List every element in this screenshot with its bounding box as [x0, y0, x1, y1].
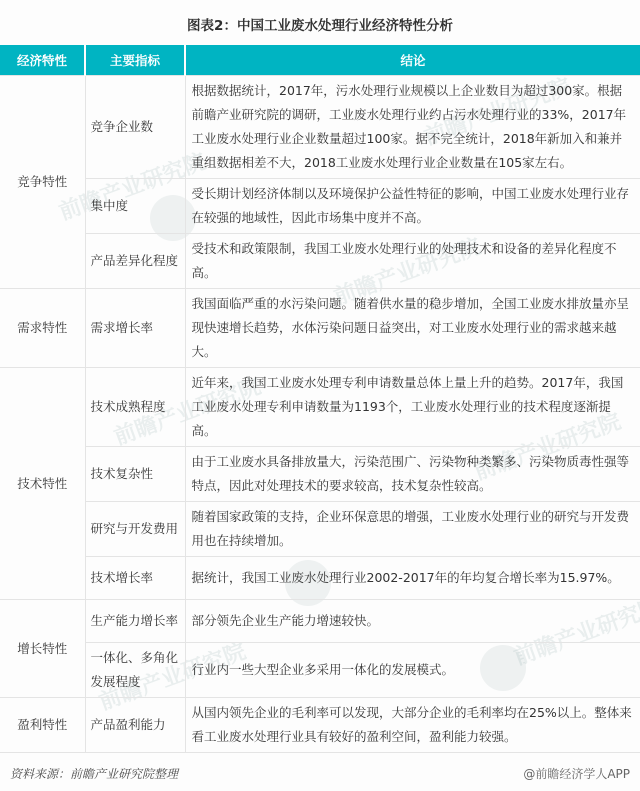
category-cell: 技术特性	[0, 368, 85, 600]
indicator-cell: 一体化、多角化发展程度	[85, 643, 185, 698]
conclusion-cell: 部分领先企业生产能力增速较快。	[185, 600, 640, 643]
conclusion-cell: 由于工业废水具备排放量大，污染范围广、污染物种类繁多、污染物质毒性强等特点，因此…	[185, 447, 640, 502]
indicator-cell: 产品盈利能力	[85, 698, 185, 753]
indicator-cell: 产品差异化程度	[85, 234, 185, 289]
conclusion-cell: 我国面临严重的水污染问题。随着供水量的稳步增加，全国工业废水排放量亦呈现快速增长…	[185, 289, 640, 368]
indicator-cell: 集中度	[85, 179, 185, 234]
conclusion-cell: 随着国家政策的支持，企业环保意思的增强，工业废水处理行业的研究与开发费用也在持续…	[185, 502, 640, 557]
table-row: 增长特性 生产能力增长率 部分领先企业生产能力增速较快。	[0, 600, 640, 643]
table-row: 竞争特性 竞争企业数 根据数据统计，2017年，污水处理行业规模以上企业数目为超…	[0, 76, 640, 179]
table-row: 产品差异化程度 受技术和政策限制，我国工业废水处理行业的处理技术和设备的差异化程…	[0, 234, 640, 289]
category-cell: 增长特性	[0, 600, 85, 698]
source-note: 资料来源：前瞻产业研究院整理	[10, 765, 178, 782]
category-cell: 盈利特性	[0, 698, 85, 753]
conclusion-cell: 受长期计划经济体制以及环境保护公益性特征的影响，中国工业废水处理行业存在较强的地…	[185, 179, 640, 234]
conclusion-cell: 受技术和政策限制，我国工业废水处理行业的处理技术和设备的差异化程度不高。	[185, 234, 640, 289]
conclusion-cell: 近年来，我国工业废水处理专利申请数量总体上量上升的趋势。2017年，我国工业废水…	[185, 368, 640, 447]
table-row: 集中度 受长期计划经济体制以及环境保护公益性特征的影响，中国工业废水处理行业存在…	[0, 179, 640, 234]
table-row: 技术增长率 据统计，我国工业废水处理行业2002-2017年的年均复合增长率为1…	[0, 557, 640, 600]
table-row: 研究与开发费用 随着国家政策的支持，企业环保意思的增强，工业废水处理行业的研究与…	[0, 502, 640, 557]
column-header-category: 经济特性	[0, 45, 85, 76]
table-row: 技术复杂性 由于工业废水具备排放量大，污染范围广、污染物种类繁多、污染物质毒性强…	[0, 447, 640, 502]
table-row: 盈利特性 产品盈利能力 从国内领先企业的毛利率可以发现，大部分企业的毛利率均在2…	[0, 698, 640, 753]
category-cell: 需求特性	[0, 289, 85, 368]
indicator-cell: 生产能力增长率	[85, 600, 185, 643]
category-cell: 竞争特性	[0, 76, 85, 289]
table-row: 一体化、多角化发展程度 行业内一些大型企业多采用一体化的发展模式。	[0, 643, 640, 698]
indicator-cell: 技术增长率	[85, 557, 185, 600]
figure-title: 图表2：中国工业废水处理行业经济特性分析	[0, 0, 640, 45]
figure-footer: 资料来源：前瞻产业研究院整理 @前瞻经济学人APP	[0, 753, 640, 782]
figure-page: 前瞻产业研究院 前瞻产业研究院 前瞻产业研究院 前瞻产业研究院 前瞻产业研究院 …	[0, 0, 640, 791]
indicator-cell: 研究与开发费用	[85, 502, 185, 557]
table-row: 技术特性 技术成熟程度 近年来，我国工业废水处理专利申请数量总体上量上升的趋势。…	[0, 368, 640, 447]
column-header-conclusion: 结论	[185, 45, 640, 76]
table-header-row: 经济特性 主要指标 结论	[0, 45, 640, 76]
conclusion-cell: 据统计，我国工业废水处理行业2002-2017年的年均复合增长率为15.97%。	[185, 557, 640, 600]
economic-characteristics-table: 经济特性 主要指标 结论 竞争特性 竞争企业数 根据数据统计，2017年，污水处…	[0, 45, 640, 753]
indicator-cell: 技术成熟程度	[85, 368, 185, 447]
conclusion-cell: 行业内一些大型企业多采用一体化的发展模式。	[185, 643, 640, 698]
conclusion-cell: 从国内领先企业的毛利率可以发现，大部分企业的毛利率均在25%以上。整体来看工业废…	[185, 698, 640, 753]
indicator-cell: 竞争企业数	[85, 76, 185, 179]
indicator-cell: 需求增长率	[85, 289, 185, 368]
conclusion-cell: 根据数据统计，2017年，污水处理行业规模以上企业数目为超过300家。根据前瞻产…	[185, 76, 640, 179]
indicator-cell: 技术复杂性	[85, 447, 185, 502]
table-row: 需求特性 需求增长率 我国面临严重的水污染问题。随着供水量的稳步增加，全国工业废…	[0, 289, 640, 368]
column-header-indicator: 主要指标	[85, 45, 185, 76]
credit-note: @前瞻经济学人APP	[523, 765, 630, 782]
